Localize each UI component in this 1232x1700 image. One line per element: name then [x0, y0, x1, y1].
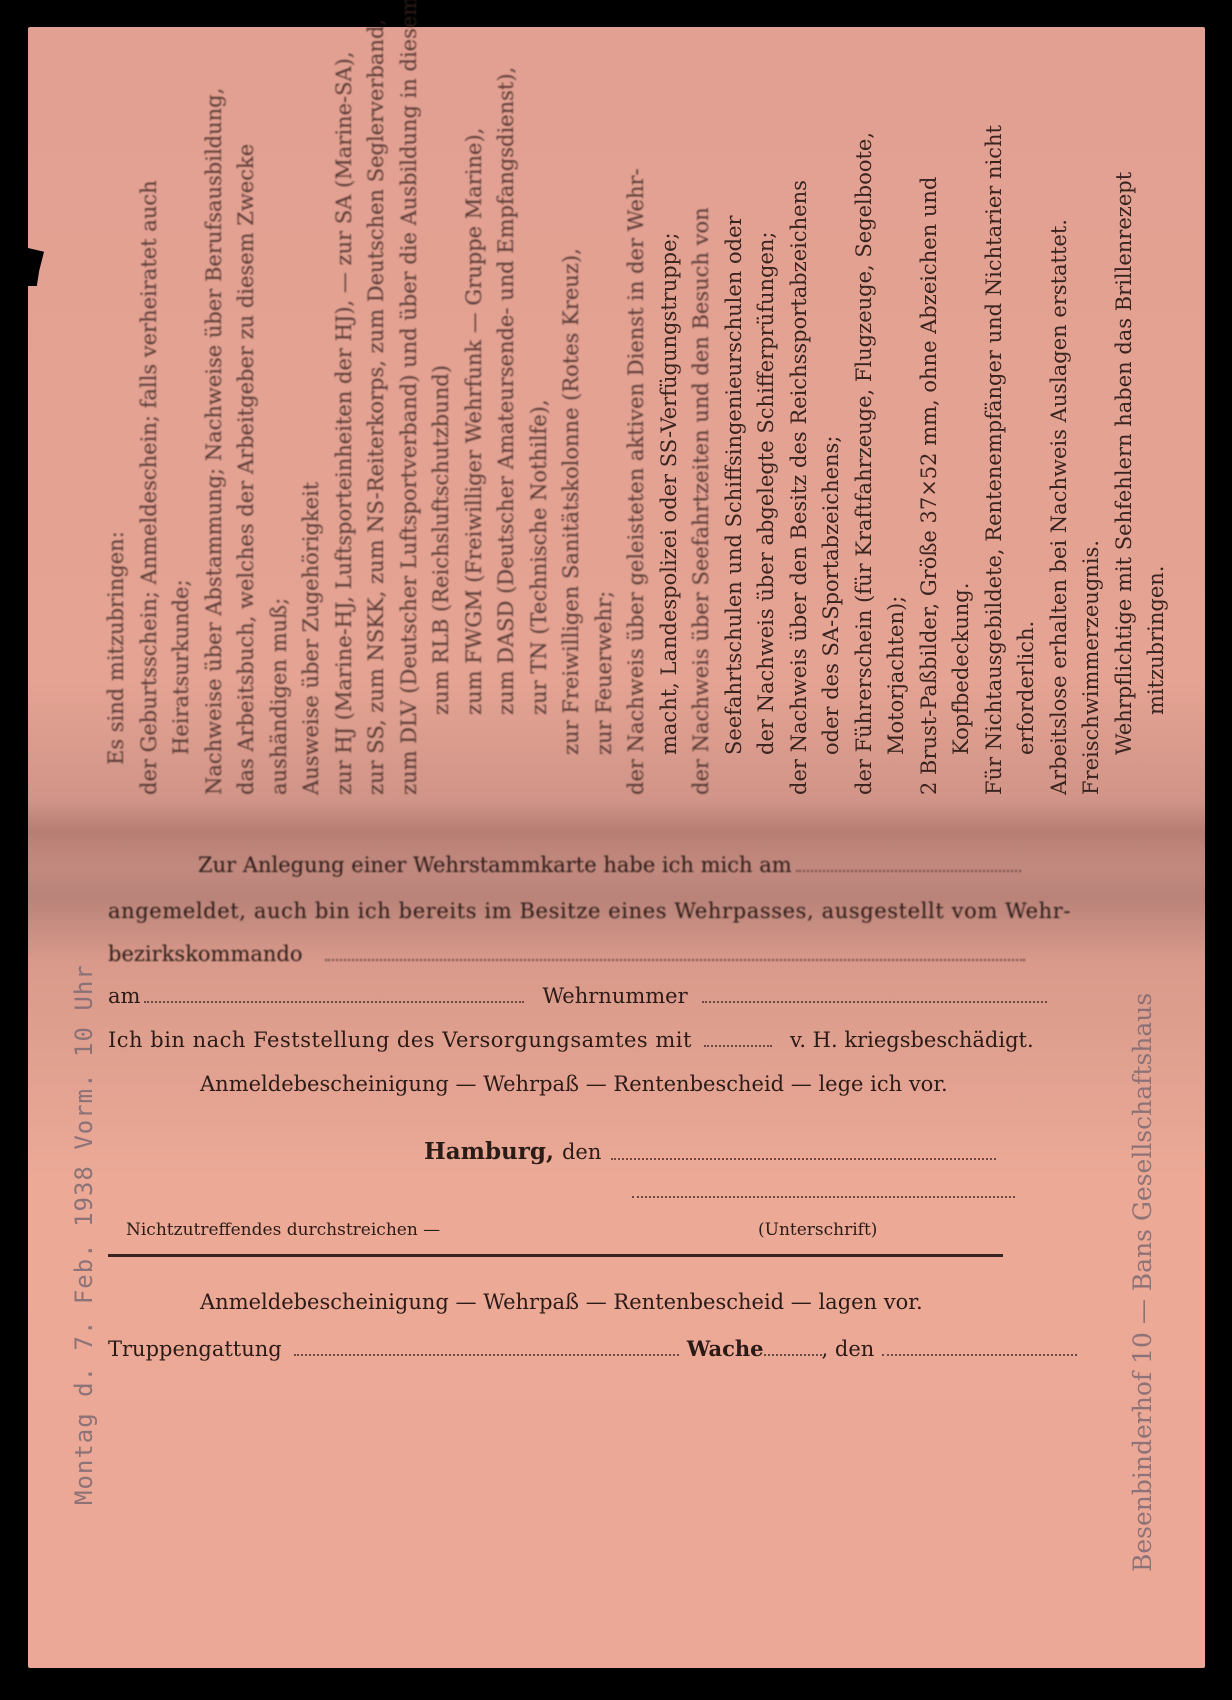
disability-percent-field[interactable]	[704, 1045, 772, 1047]
instruction-line: Nachweise über Abstammung; Nachweise übe…	[198, 75, 231, 795]
instruction-line: Kopfbedeckung.	[945, 75, 978, 795]
strike-note: Nichtzutreffendes durchstreichen —	[126, 1220, 440, 1240]
instruction-line: zum FWGM (Freiwilliger Wehrfunk — Gruppe…	[458, 75, 491, 795]
form-city-line: Hamburg, den	[424, 1138, 1000, 1165]
city-den-label: den	[562, 1140, 601, 1164]
registered-date-field[interactable]	[796, 870, 1021, 872]
form-line-2: angemeldet, auch bin ich bereits im Besi…	[108, 899, 1071, 923]
city-label: Hamburg,	[424, 1138, 554, 1165]
instruction-line: zur HJ (Marine-HJ, Luftsporteinheiten de…	[328, 75, 361, 795]
troop-label: Truppengattung	[108, 1337, 282, 1361]
form-line-1: Zur Anlegung einer Wehrstammkarte habe i…	[198, 853, 1025, 877]
instruction-line: zum DLV (Deutscher Luftsportverband) und…	[393, 75, 426, 795]
instruction-line: macht, Landespolizei oder SS-Verfügungst…	[653, 75, 686, 795]
troop-type-field[interactable]	[294, 1354, 679, 1356]
section-divider	[108, 1254, 1003, 1257]
documents-presented-text: Anmeldebescheinigung — Wehrpaß — Rentenb…	[200, 1072, 948, 1096]
strike-note-row: Nichtzutreffendes durchstreichen —	[126, 1220, 440, 1240]
wehrnummer-label: Wehrnummer	[542, 984, 687, 1008]
instruction-line: Motorjachten);	[880, 75, 913, 795]
form-line-7: Anmeldebescheinigung — Wehrpaß — Rentenb…	[200, 1290, 923, 1314]
instruction-line: zum DASD (Deutscher Amateursende- und Em…	[490, 75, 523, 795]
documents-were-presented-text: Anmeldebescheinigung — Wehrpaß — Rentenb…	[200, 1290, 923, 1314]
instruction-line: zur TN (Technische Nothilfe),	[523, 75, 556, 795]
instruction-line: Für Nichtausgebildete, Rentenempfänger u…	[978, 75, 1011, 795]
date-stamp: Montag d. 7. Feb. 1938 Vorm. 10 Uhr	[70, 885, 100, 1505]
wehrnummer-field[interactable]	[702, 1001, 1047, 1003]
watch-label: Wache	[687, 1336, 764, 1361]
instruction-line: Ausweise über Zugehörigkeit	[295, 75, 328, 795]
form-troop-line: Truppengattung Wache , den	[108, 1336, 1081, 1361]
watch-field[interactable]	[764, 1354, 822, 1356]
instruction-line: Seefahrtschulen und Schiffsingenieurschu…	[718, 75, 751, 795]
instruction-line: der Nachweis über Seefahrtzeiten und den…	[685, 75, 718, 795]
instruction-line: mitzubringen.	[1140, 75, 1173, 795]
signature-field[interactable]	[632, 1196, 1015, 1198]
instruction-line: der Nachweis über geleisteten aktiven Di…	[620, 75, 653, 795]
signature-line	[628, 1196, 1019, 1203]
watch-den-label: , den	[822, 1337, 875, 1361]
form-line-2-text: angemeldet, auch bin ich bereits im Besi…	[108, 899, 1071, 923]
instruction-line: der Führerschein (für Kraftfahrzeuge, Fl…	[848, 75, 881, 795]
form-line-3: bezirkskommando	[108, 942, 1029, 966]
instruction-line: der Nachweis über den Besitz des Reichss…	[783, 75, 816, 795]
instruction-line: zur SS, zum NSKK, zum NS-Reiterkorps, zu…	[360, 75, 393, 795]
form-line-4: am Wehrnummer	[108, 984, 1051, 1008]
district-command-field[interactable]	[325, 959, 1025, 961]
signature-label-row: (Unterschrift)	[758, 1220, 877, 1240]
form-line-1-text: Zur Anlegung einer Wehrstammkarte habe i…	[198, 853, 792, 877]
instruction-line: 2 Brust-Paßbilder, Größe 37×52 mm, ohne …	[913, 75, 946, 795]
instruction-line: der Geburtsschein; Anmeldeschein; falls …	[133, 75, 166, 795]
instruction-line: zur Feuerwehr;	[588, 75, 621, 795]
instruction-line: Wehrpflichtige mit Sehfehlern haben das …	[1108, 75, 1141, 795]
form-line-5-prefix: Ich bin nach Feststellung des Versorgung…	[108, 1028, 692, 1052]
form-line-3-text: bezirkskommando	[108, 942, 303, 966]
instruction-line: erforderlich.	[1010, 75, 1043, 795]
instruction-line: zum RLB (Reichsluftschutzbund)	[425, 75, 458, 795]
watch-date-field[interactable]	[882, 1354, 1077, 1356]
am-date-field[interactable]	[144, 1001, 524, 1003]
instruction-line: zur Freiwilligen Sanitätskolonne (Rotes …	[555, 75, 588, 795]
instruction-line: oder des SA-Sportabzeichens;	[815, 75, 848, 795]
location-stamp: Besenbinderhof 10 — Bans Gesellschaftsha…	[1128, 852, 1162, 1572]
signature-label: (Unterschrift)	[758, 1220, 877, 1240]
instruction-line: das Arbeitsbuch, welches der Arbeitgeber…	[230, 75, 263, 795]
instructions-rotated-section: Es sind mitzubringen: der Geburtsschein;…	[100, 75, 1110, 795]
instruction-line: Heiratsurkunde;	[165, 75, 198, 795]
instruction-line: aushändigen muß;	[263, 75, 296, 795]
form-line-6: Anmeldebescheinigung — Wehrpaß — Rentenb…	[200, 1072, 948, 1096]
hamburg-date-field[interactable]	[611, 1158, 996, 1160]
instructions-intro: Es sind mitzubringen:	[100, 75, 133, 795]
form-line-5: Ich bin nach Feststellung des Versorgung…	[108, 1028, 1034, 1052]
am-label: am	[108, 984, 140, 1008]
form-line-5-suffix: v. H. kriegsbeschädigt.	[790, 1028, 1034, 1052]
instruction-line: der Nachweis über abgelegte Schifferprüf…	[750, 75, 783, 795]
instructions-list: Es sind mitzubringen: der Geburtsschein;…	[100, 75, 1173, 795]
instruction-line: Arbeitslose erhalten bei Nachweis Auslag…	[1043, 75, 1076, 795]
instruction-line: Freischwimmerzeugnis.	[1075, 75, 1108, 795]
